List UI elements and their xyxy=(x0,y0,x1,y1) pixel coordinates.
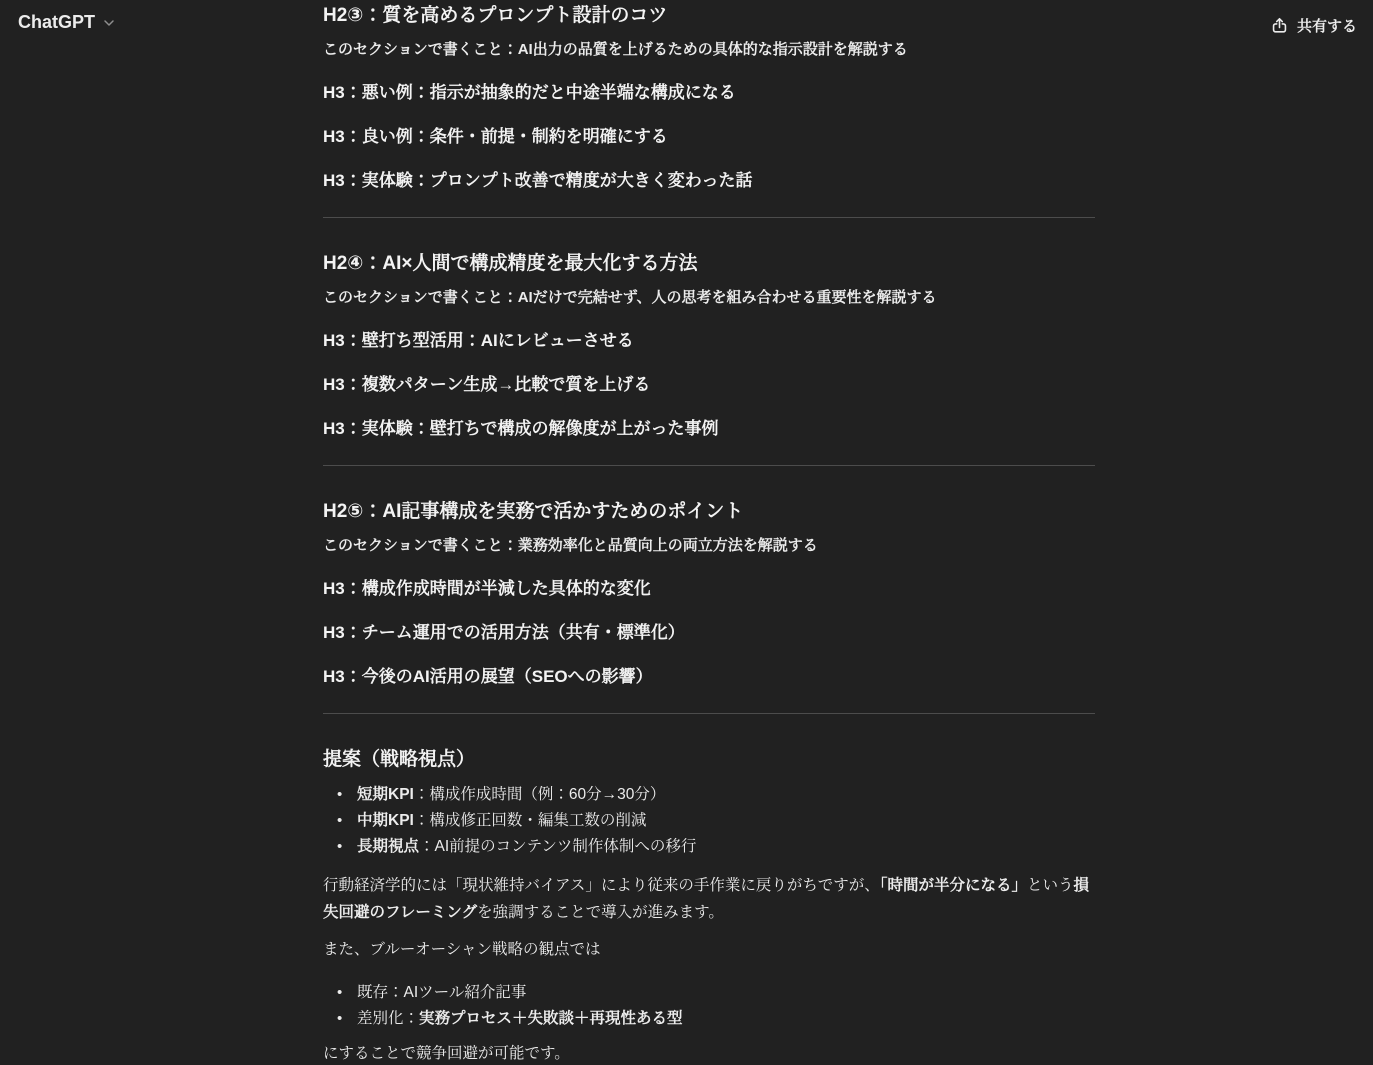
conclusion-text: にすることで競争回避が可能です。 xyxy=(323,1042,1095,1065)
list-item: •中期KPI：構成修正回数・編集工数の削減 xyxy=(323,808,1095,834)
h3-heading: H3：実体験：壁打ちで構成の解像度が上がった事例 xyxy=(323,416,1095,442)
share-button-label: 共有する xyxy=(1297,15,1357,36)
model-switcher-button[interactable]: ChatGPT xyxy=(18,12,117,33)
strategy-list: •既存：AIツール紹介記事 •差別化：実務プロセス＋失敗談＋再現性ある型 xyxy=(323,980,1095,1032)
h2-heading: H2④：AI×人間で構成精度を最大化する方法 xyxy=(323,250,1095,278)
h2-heading: H2③：質を高めるプロンプト設計のコツ xyxy=(323,2,1095,30)
h3-heading: H3：複数パターン生成→比較で質を上げる xyxy=(323,372,1095,398)
proposal-title: 提案（戦略視点） xyxy=(323,746,1095,774)
app-title: ChatGPT xyxy=(18,12,95,33)
h3-heading: H3：実体験：プロンプト改善で精度が大きく変わった話 xyxy=(323,168,1095,194)
list-item: •長期視点：AI前提のコンテンツ制作体制への移行 xyxy=(323,834,1095,860)
list-item: •既存：AIツール紹介記事 xyxy=(323,980,1095,1006)
h3-heading: H3：良い例：条件・前提・制約を明確にする xyxy=(323,124,1095,150)
blue-ocean-intro: また、ブルーオーシャン戦略の観点では xyxy=(323,938,1095,962)
bullet-icon: • xyxy=(337,782,342,808)
bullet-icon: • xyxy=(337,1006,342,1032)
section-divider xyxy=(323,713,1095,714)
outline-section-3: H2⑤：AI記事構成を実務で活かすためのポイント このセクションで書くこと：業務… xyxy=(323,498,1095,690)
outline-section-1: H2③：質を高めるプロンプト設計のコツ このセクションで書くこと：AI出力の品質… xyxy=(323,2,1095,194)
h3-heading: H3：今後のAI活用の展望（SEOへの影響） xyxy=(323,664,1095,690)
section-divider xyxy=(323,465,1095,466)
section-divider xyxy=(323,217,1095,218)
framing-paragraph: 行動経済学的には「現状維持バイアス」により従来の手作業に戻りがちですが、「時間が… xyxy=(323,872,1095,926)
h3-heading: H3：チーム運用での活用方法（共有・標準化） xyxy=(323,620,1095,646)
section-note: このセクションで書くこと：AI出力の品質を上げるための具体的な指示設計を解説する xyxy=(323,38,1095,62)
h3-heading: H3：構成作成時間が半減した具体的な変化 xyxy=(323,576,1095,602)
bullet-icon: • xyxy=(337,834,342,860)
bullet-icon: • xyxy=(337,980,342,1006)
chevron-down-icon xyxy=(101,15,117,31)
bullet-icon: • xyxy=(337,808,342,834)
share-button[interactable]: 共有する xyxy=(1264,11,1363,40)
share-icon xyxy=(1270,16,1289,35)
h3-heading: H3：悪い例：指示が抽象的だと中途半端な構成になる xyxy=(323,80,1095,106)
outline-section-2: H2④：AI×人間で構成精度を最大化する方法 このセクションで書くこと：AIだけ… xyxy=(323,250,1095,442)
h2-heading: H2⑤：AI記事構成を実務で活かすためのポイント xyxy=(323,498,1095,526)
h3-heading: H3：壁打ち型活用：AIにレビューさせる xyxy=(323,328,1095,354)
section-note: このセクションで書くこと：業務効率化と品質向上の両立方法を解説する xyxy=(323,534,1095,558)
list-item: •差別化：実務プロセス＋失敗談＋再現性ある型 xyxy=(323,1006,1095,1032)
kpi-list: •短期KPI：構成作成時間（例：60分→30分） •中期KPI：構成修正回数・編… xyxy=(323,782,1095,860)
list-item: •短期KPI：構成作成時間（例：60分→30分） xyxy=(323,782,1095,808)
proposal-section: 提案（戦略視点） •短期KPI：構成作成時間（例：60分→30分） •中期KPI… xyxy=(323,746,1095,1065)
section-note: このセクションで書くこと：AIだけで完結せず、人の思考を組み合わせる重要性を解説… xyxy=(323,286,1095,310)
assistant-message: H2③：質を高めるプロンプト設計のコツ このセクションで書くこと：AI出力の品質… xyxy=(323,2,1095,1065)
